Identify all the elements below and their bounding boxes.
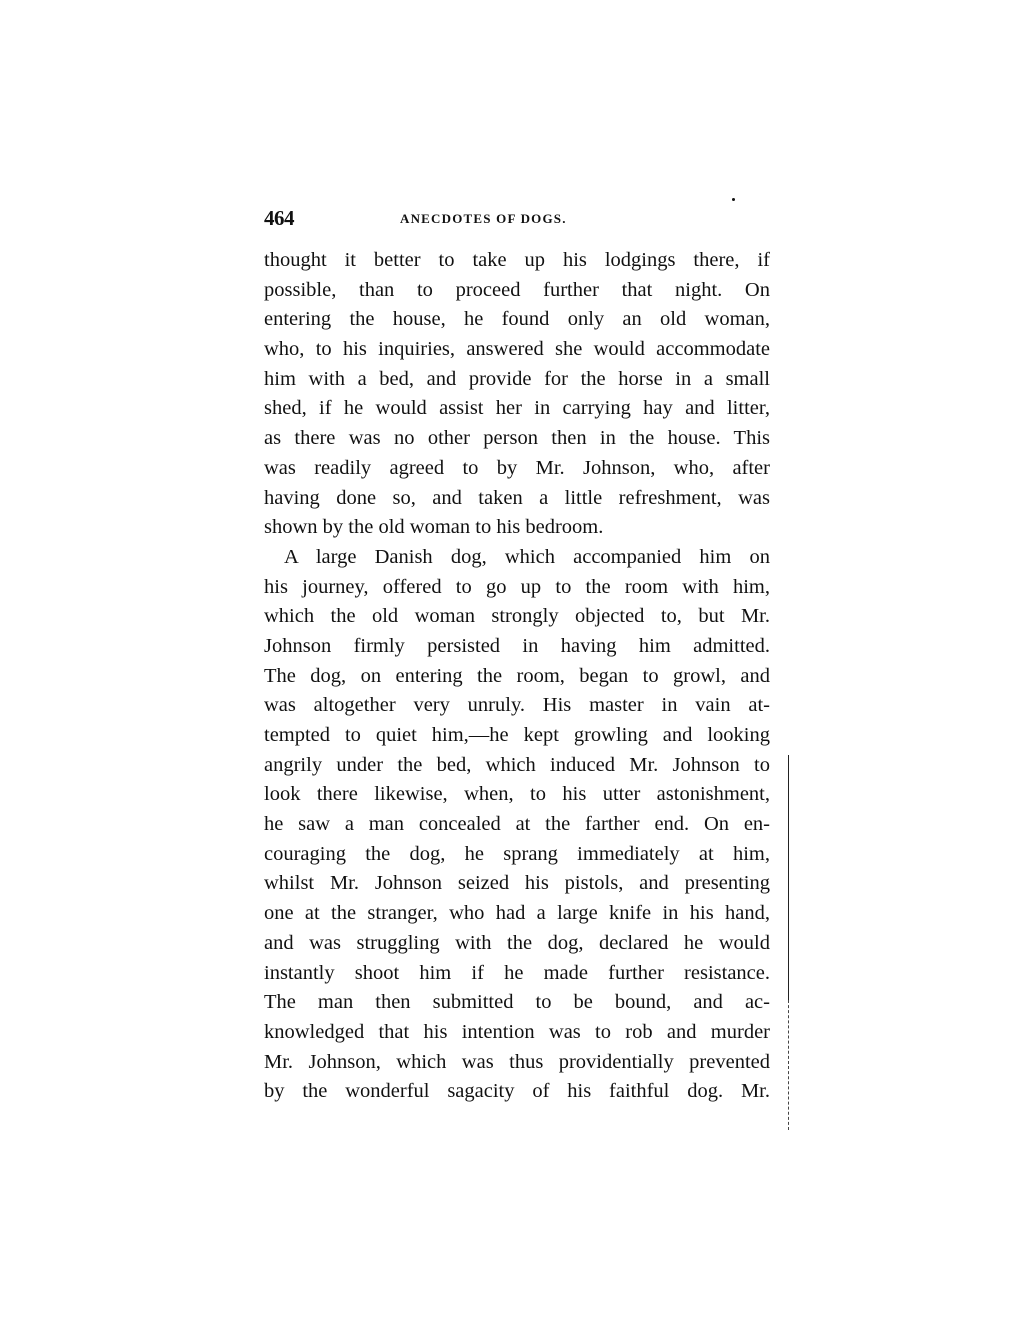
- text-line: couraging the dog, he sprang immediately…: [264, 840, 770, 870]
- text-line: Johnson firmly persisted in having him a…: [264, 632, 770, 662]
- text-line: was altogether very unruly. His master i…: [264, 691, 770, 721]
- text-line: instantly shoot him if he made further r…: [264, 959, 770, 989]
- running-title: ANECDOTES OF DOGS.: [400, 211, 567, 227]
- paragraph-2: A large Danish dog, which accompanied hi…: [264, 543, 770, 1107]
- text-line: possible, than to proceed further that n…: [264, 276, 770, 306]
- text-line: Mr. Johnson, which was thus providential…: [264, 1048, 770, 1078]
- text-line: knowledged that his intention was to rob…: [264, 1018, 770, 1048]
- text-line: The man then submitted to be bound, and …: [264, 988, 770, 1018]
- text-line: entering the house, he found only an old…: [264, 305, 770, 335]
- running-head: 464 ANECDOTES OF DOGS.: [264, 206, 770, 234]
- text-line: one at the stranger, who had a large kni…: [264, 899, 770, 929]
- scan-speck: [732, 198, 735, 201]
- text-line: who, to his inquiries, answered she woul…: [264, 335, 770, 365]
- scan-margin-line: [788, 755, 789, 1000]
- text-line: A large Danish dog, which accompanied hi…: [264, 543, 770, 573]
- text-line: his journey, offered to go up to the roo…: [264, 573, 770, 603]
- text-line: having done so, and taken a little refre…: [264, 484, 770, 514]
- page-number: 464: [264, 206, 294, 231]
- paragraph-1: thought it better to take up his lodging…: [264, 246, 770, 543]
- text-line: tempted to quiet him,—he kept growling a…: [264, 721, 770, 751]
- text-line: thought it better to take up his lodging…: [264, 246, 770, 276]
- scan-margin-line-dashed: [788, 1000, 789, 1130]
- text-line: angrily under the bed, which induced Mr.…: [264, 751, 770, 781]
- text-line: whilst Mr. Johnson seized his pistols, a…: [264, 869, 770, 899]
- text-line: by the wonderful sagacity of his faithfu…: [264, 1077, 770, 1107]
- text-line: he saw a man concealed at the farther en…: [264, 810, 770, 840]
- text-line: which the old woman strongly objected to…: [264, 602, 770, 632]
- text-line: shed, if he would assist her in carrying…: [264, 394, 770, 424]
- text-line: shown by the old woman to his bedroom.: [264, 513, 770, 543]
- text-line: him with a bed, and provide for the hors…: [264, 365, 770, 395]
- text-line: as there was no other person then in the…: [264, 424, 770, 454]
- text-line: look there likewise, when, to his utter …: [264, 780, 770, 810]
- book-page: 464 ANECDOTES OF DOGS. thought it better…: [264, 206, 770, 1107]
- text-line: The dog, on entering the room, began to …: [264, 662, 770, 692]
- text-line: and was struggling with the dog, declare…: [264, 929, 770, 959]
- text-line: was readily agreed to by Mr. Johnson, wh…: [264, 454, 770, 484]
